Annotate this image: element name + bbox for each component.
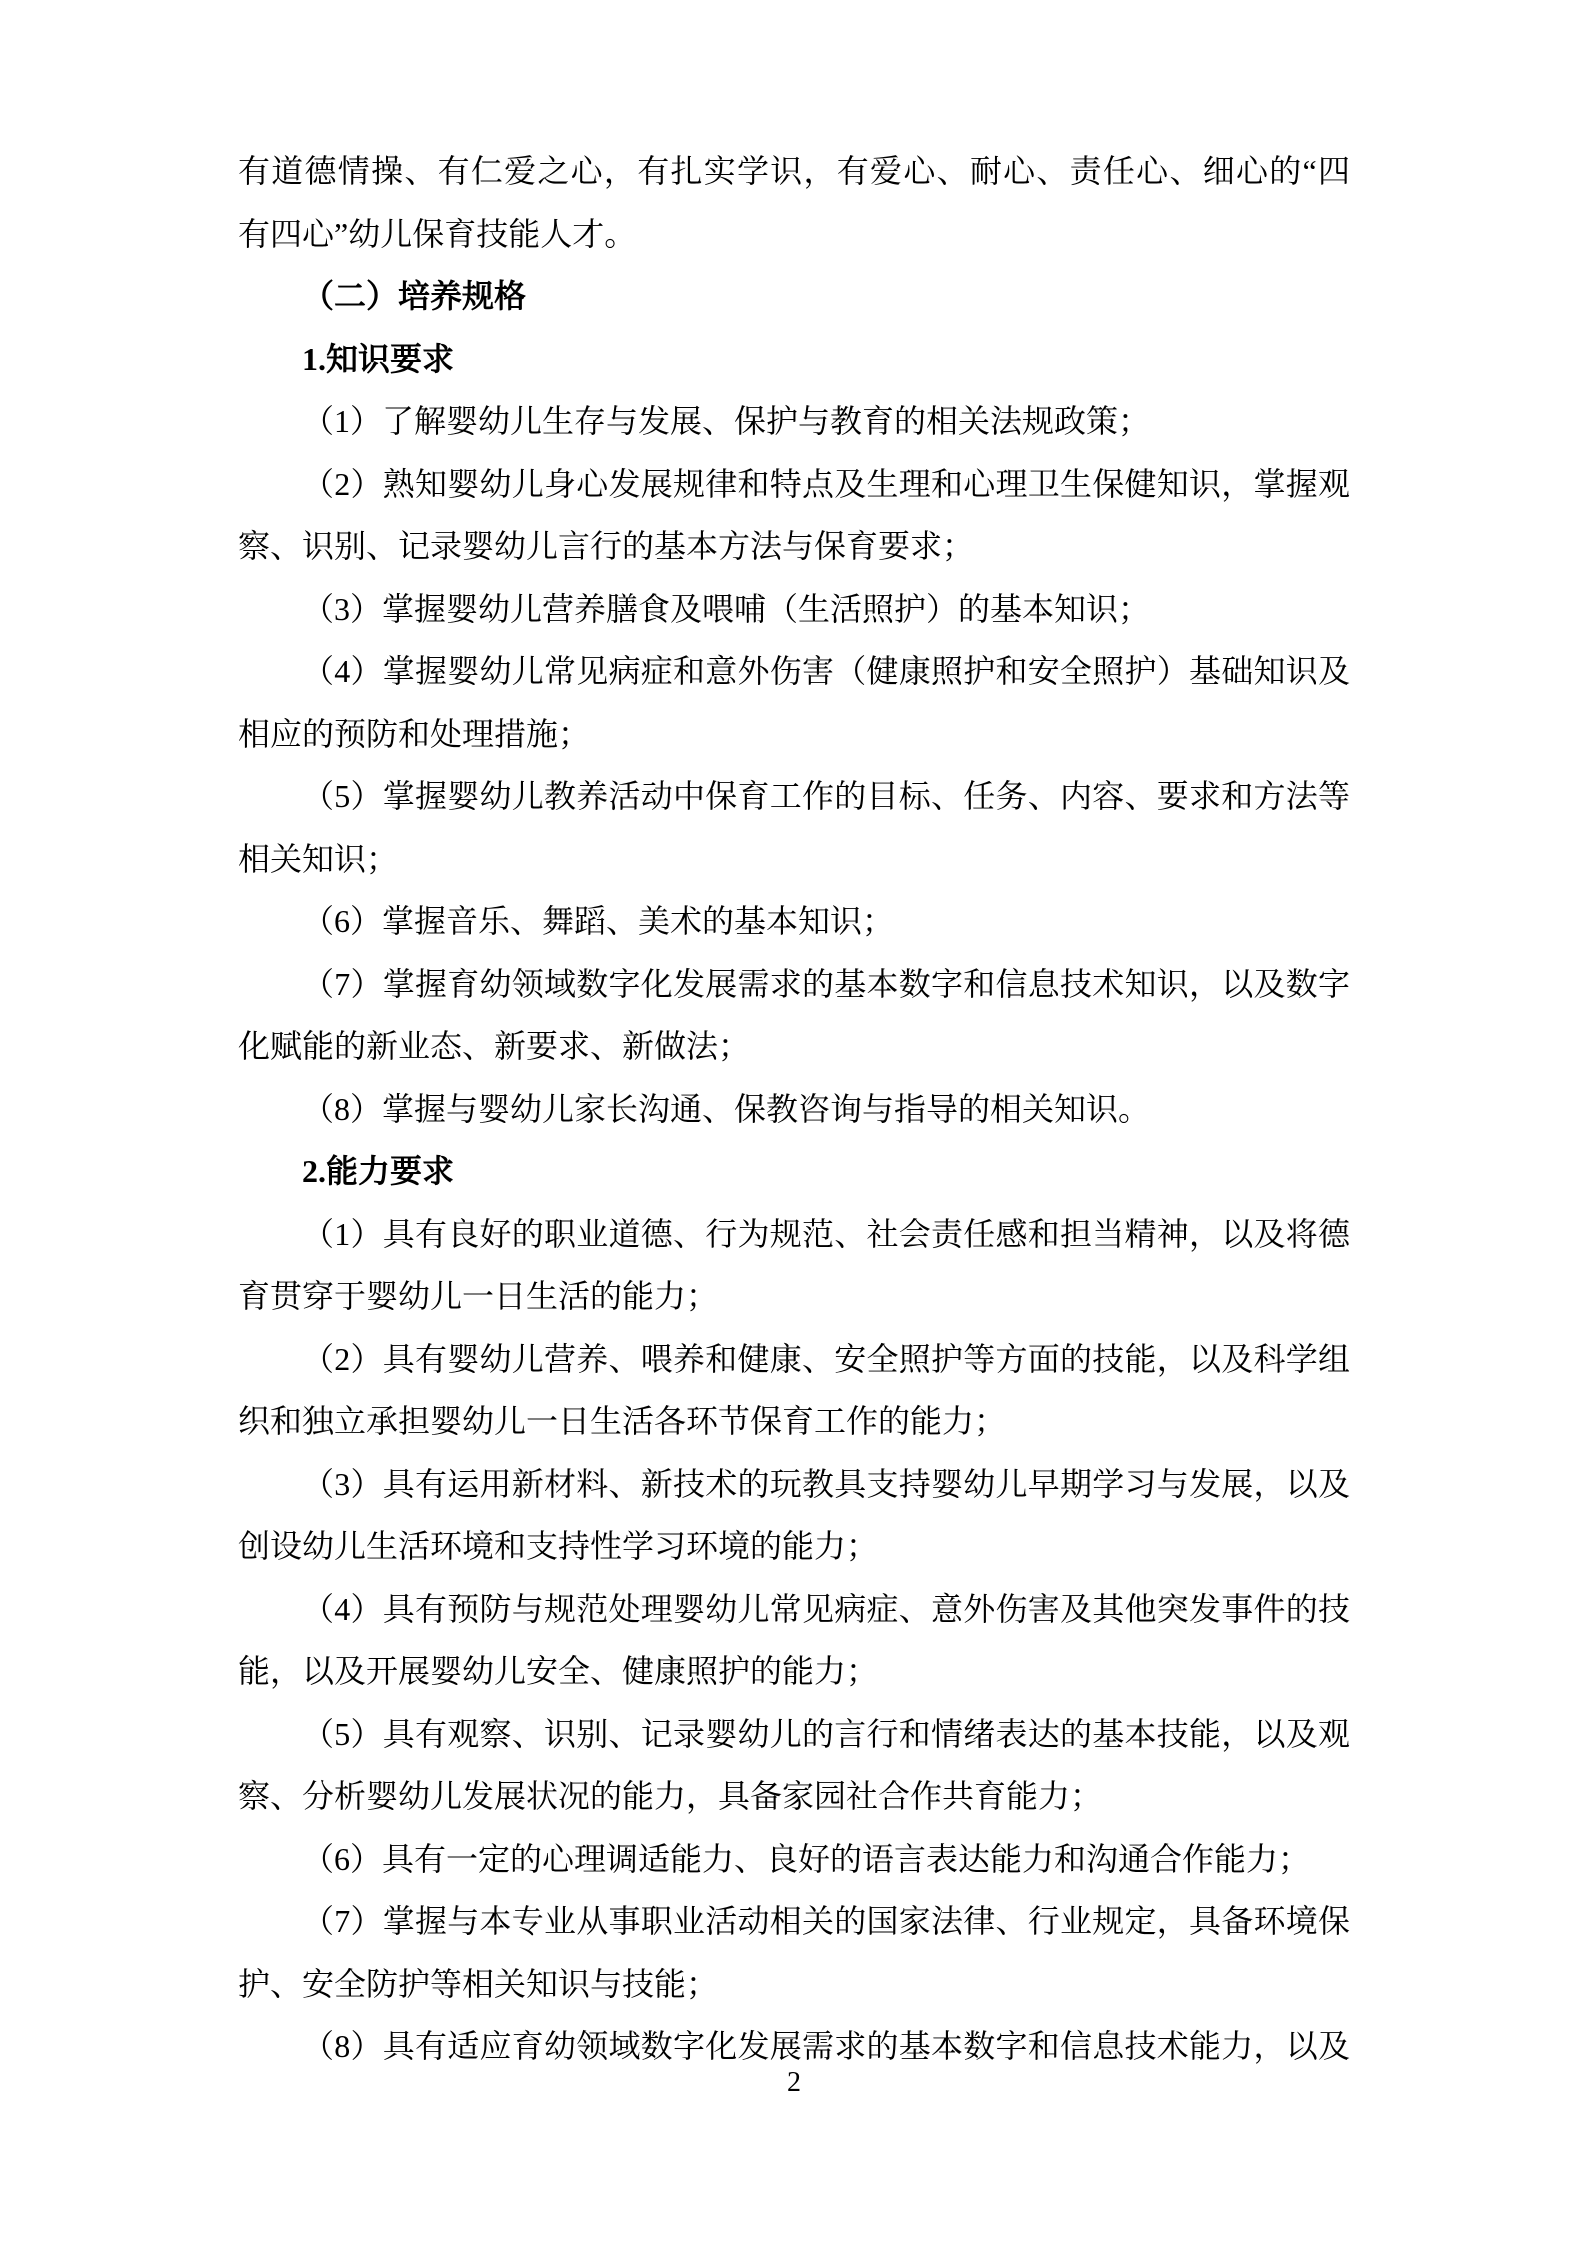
text-line: 护、安全防护等相关知识与技能； xyxy=(238,1953,1350,2016)
text-line: 相关知识； xyxy=(238,828,1350,891)
document-page: 有道德情操、有仁爱之心，有扎实学识，有爱心、耐心、责任心、细心的“四有四心”幼儿… xyxy=(0,0,1588,2245)
text-line: 有四心”幼儿保育技能人才。 xyxy=(238,203,1350,266)
text-line: 相应的预防和处理措施； xyxy=(238,703,1350,766)
text-line: （2）熟知婴幼儿身心发展规律和特点及生理和心理卫生保健知识，掌握观 xyxy=(238,453,1350,516)
text-line: （7）掌握与本专业从事职业活动相关的国家法律、行业规定，具备环境保 xyxy=(238,1890,1350,1953)
text-line: 创设幼儿生活环境和支持性学习环境的能力； xyxy=(238,1515,1350,1578)
text-line: 有道德情操、有仁爱之心，有扎实学识，有爱心、耐心、责任心、细心的“四 xyxy=(238,140,1350,203)
heading-line: （二）培养规格 xyxy=(238,265,1350,328)
text-line: （3）掌握婴幼儿营养膳食及喂哺（生活照护）的基本知识； xyxy=(238,578,1350,641)
text-line: （1）了解婴幼儿生存与发展、保护与教育的相关法规政策； xyxy=(238,390,1350,453)
text-line: （4）掌握婴幼儿常见病症和意外伤害（健康照护和安全照护）基础知识及 xyxy=(238,640,1350,703)
text-line: 能，以及开展婴幼儿安全、健康照护的能力； xyxy=(238,1640,1350,1703)
page-number: 2 xyxy=(787,2067,801,2098)
text-line: 织和独立承担婴幼儿一日生活各环节保育工作的能力； xyxy=(238,1390,1350,1453)
text-line: （7）掌握育幼领域数字化发展需求的基本数字和信息技术知识，以及数字 xyxy=(238,953,1350,1016)
text-line: （1）具有良好的职业道德、行为规范、社会责任感和担当精神，以及将德 xyxy=(238,1203,1350,1266)
text-line: （8）掌握与婴幼儿家长沟通、保教咨询与指导的相关知识。 xyxy=(238,1078,1350,1141)
text-line: 育贯穿于婴幼儿一日生活的能力； xyxy=(238,1265,1350,1328)
text-line: 察、分析婴幼儿发展状况的能力，具备家园社合作共育能力； xyxy=(238,1765,1350,1828)
text-line: （6）具有一定的心理调适能力、良好的语言表达能力和沟通合作能力； xyxy=(238,1828,1350,1891)
text-line: 察、识别、记录婴幼儿言行的基本方法与保育要求； xyxy=(238,515,1350,578)
text-line: （2）具有婴幼儿营养、喂养和健康、安全照护等方面的技能，以及科学组 xyxy=(238,1328,1350,1391)
text-line: （5）具有观察、识别、记录婴幼儿的言行和情绪表达的基本技能，以及观 xyxy=(238,1703,1350,1766)
text-line: 化赋能的新业态、新要求、新做法； xyxy=(238,1015,1350,1078)
text-line: （4）具有预防与规范处理婴幼儿常见病症、意外伤害及其他突发事件的技 xyxy=(238,1578,1350,1641)
heading-line: 1.知识要求 xyxy=(238,328,1350,391)
page-footer: 2 xyxy=(0,2066,1588,2100)
text-line: （3）具有运用新材料、新技术的玩教具支持婴幼儿早期学习与发展，以及 xyxy=(238,1453,1350,1516)
heading-line: 2.能力要求 xyxy=(238,1140,1350,1203)
document-body: 有道德情操、有仁爱之心，有扎实学识，有爱心、耐心、责任心、细心的“四有四心”幼儿… xyxy=(238,140,1350,2078)
text-line: （5）掌握婴幼儿教养活动中保育工作的目标、任务、内容、要求和方法等 xyxy=(238,765,1350,828)
text-line: （6）掌握音乐、舞蹈、美术的基本知识； xyxy=(238,890,1350,953)
